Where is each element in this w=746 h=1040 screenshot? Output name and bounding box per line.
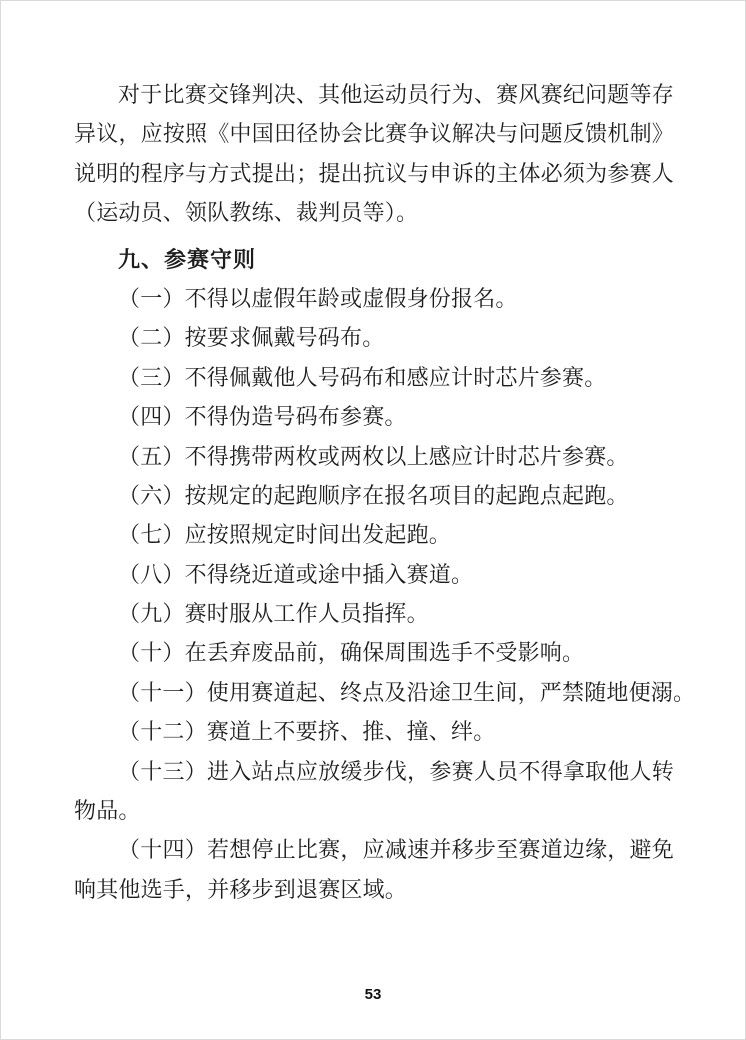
- intro-line: （运动员、领队教练、裁判员等）。: [74, 193, 674, 232]
- rule-line: （十四）若想停止比赛，应减速并移步至赛道边缘，避免影: [74, 830, 674, 869]
- intro-line: 说明的程序与方式提出；提出抗议与申诉的主体必须为参赛人员: [74, 154, 674, 193]
- rule-line: （十三）进入站点应放缓步伐，参赛人员不得拿取他人转运: [74, 752, 674, 791]
- intro-line: 异议，应按照《中国田径协会比赛争议解决与问题反馈机制》中: [74, 114, 674, 153]
- intro-line: 对于比赛交锋判决、其他运动员行为、赛风赛纪问题等存在: [74, 75, 674, 114]
- rule-line: （五）不得携带两枚或两枚以上感应计时芯片参赛。: [74, 437, 674, 476]
- rule-line: （一）不得以虚假年龄或虚假身份报名。: [74, 279, 674, 318]
- rule-line: （十二）赛道上不要挤、推、撞、绊。: [74, 712, 674, 751]
- rule-line: （十）在丢弃废品前，确保周围选手不受影响。: [74, 633, 674, 672]
- rule-line: （七）应按照规定时间出发起跑。: [74, 515, 674, 554]
- rule-continuation-line: 响其他选手，并移步到退赛区域。: [74, 870, 674, 909]
- section-heading: 九、参赛守则: [74, 240, 674, 279]
- rule-line: （九）赛时服从工作人员指挥。: [74, 594, 674, 633]
- document-body: 对于比赛交锋判决、其他运动员行为、赛风赛纪问题等存在异议，应按照《中国田径协会比…: [74, 75, 674, 909]
- page-number: 53: [1, 986, 745, 1003]
- rule-line: （四）不得伪造号码布参赛。: [74, 397, 674, 436]
- rule-continuation-line: 物品。: [74, 791, 674, 830]
- rule-line: （八）不得绕近道或途中插入赛道。: [74, 555, 674, 594]
- rule-line: （三）不得佩戴他人号码布和感应计时芯片参赛。: [74, 358, 674, 397]
- rule-line: （六）按规定的起跑顺序在报名项目的起跑点起跑。: [74, 476, 674, 515]
- rule-line: （二）按要求佩戴号码布。: [74, 318, 674, 357]
- document-page: 对于比赛交锋判决、其他运动员行为、赛风赛纪问题等存在异议，应按照《中国田径协会比…: [0, 0, 746, 1040]
- rule-line: （十一）使用赛道起、终点及沿途卫生间，严禁随地便溺。: [74, 673, 674, 712]
